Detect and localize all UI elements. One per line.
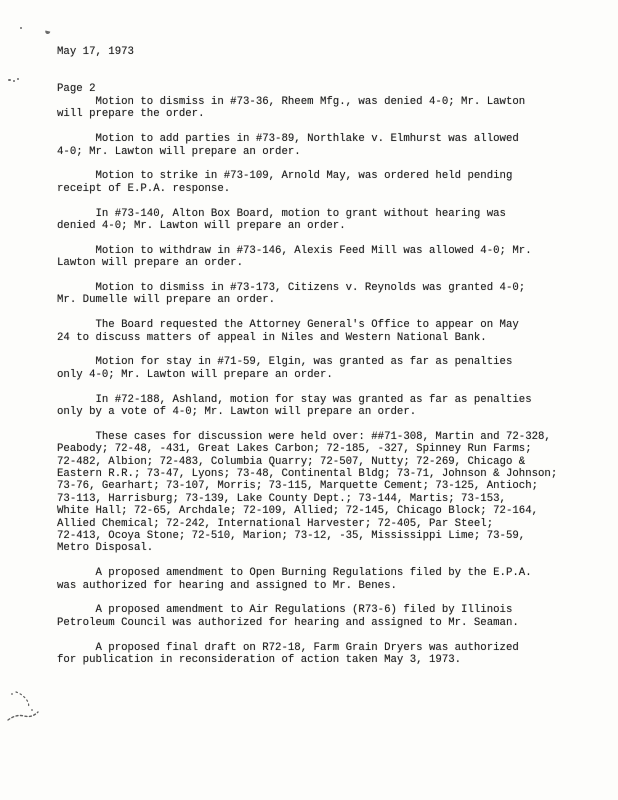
document-body: Motion to dismiss in #73-36, Rheem Mfg.,… [57,96,597,679]
scan-speck [20,27,22,29]
paragraph-10: These cases for discussion were held ove… [57,431,597,555]
page-number-line: Page 2 [57,83,134,95]
document-page: May 17, 1973 Page 2 Motion to dismiss in… [0,0,618,800]
paragraph-12: A proposed amendment to Air Regulations … [57,604,597,629]
scan-speck [8,79,11,81]
scan-speck [13,80,15,82]
scan-smudge [2,686,62,736]
scan-speck [45,30,51,34]
paragraph-5: Motion to withdraw in #73-146, Alexis Fe… [57,245,597,270]
paragraph-6: Motion to dismiss in #73-173, Citizens v… [57,282,597,307]
date-line: May 17, 1973 [57,46,134,58]
paragraph-8: Motion for stay in #71-59, Elgin, was gr… [57,356,597,381]
paragraph-2: Motion to add parties in #73-89, Northla… [57,133,597,158]
paragraph-11: A proposed amendment to Open Burning Reg… [57,567,597,592]
paragraph-13: A proposed final draft on R72-18, Farm G… [57,642,597,667]
scan-speck [17,78,19,80]
paragraph-9: In #72-188, Ashland, motion for stay was… [57,394,597,419]
paragraph-1: Motion to dismiss in #73-36, Rheem Mfg.,… [57,96,597,121]
paragraph-7: The Board requested the Attorney General… [57,319,597,344]
paragraph-4: In #73-140, Alton Box Board, motion to g… [57,208,597,233]
paragraph-3: Motion to strike in #73-109, Arnold May,… [57,170,597,195]
